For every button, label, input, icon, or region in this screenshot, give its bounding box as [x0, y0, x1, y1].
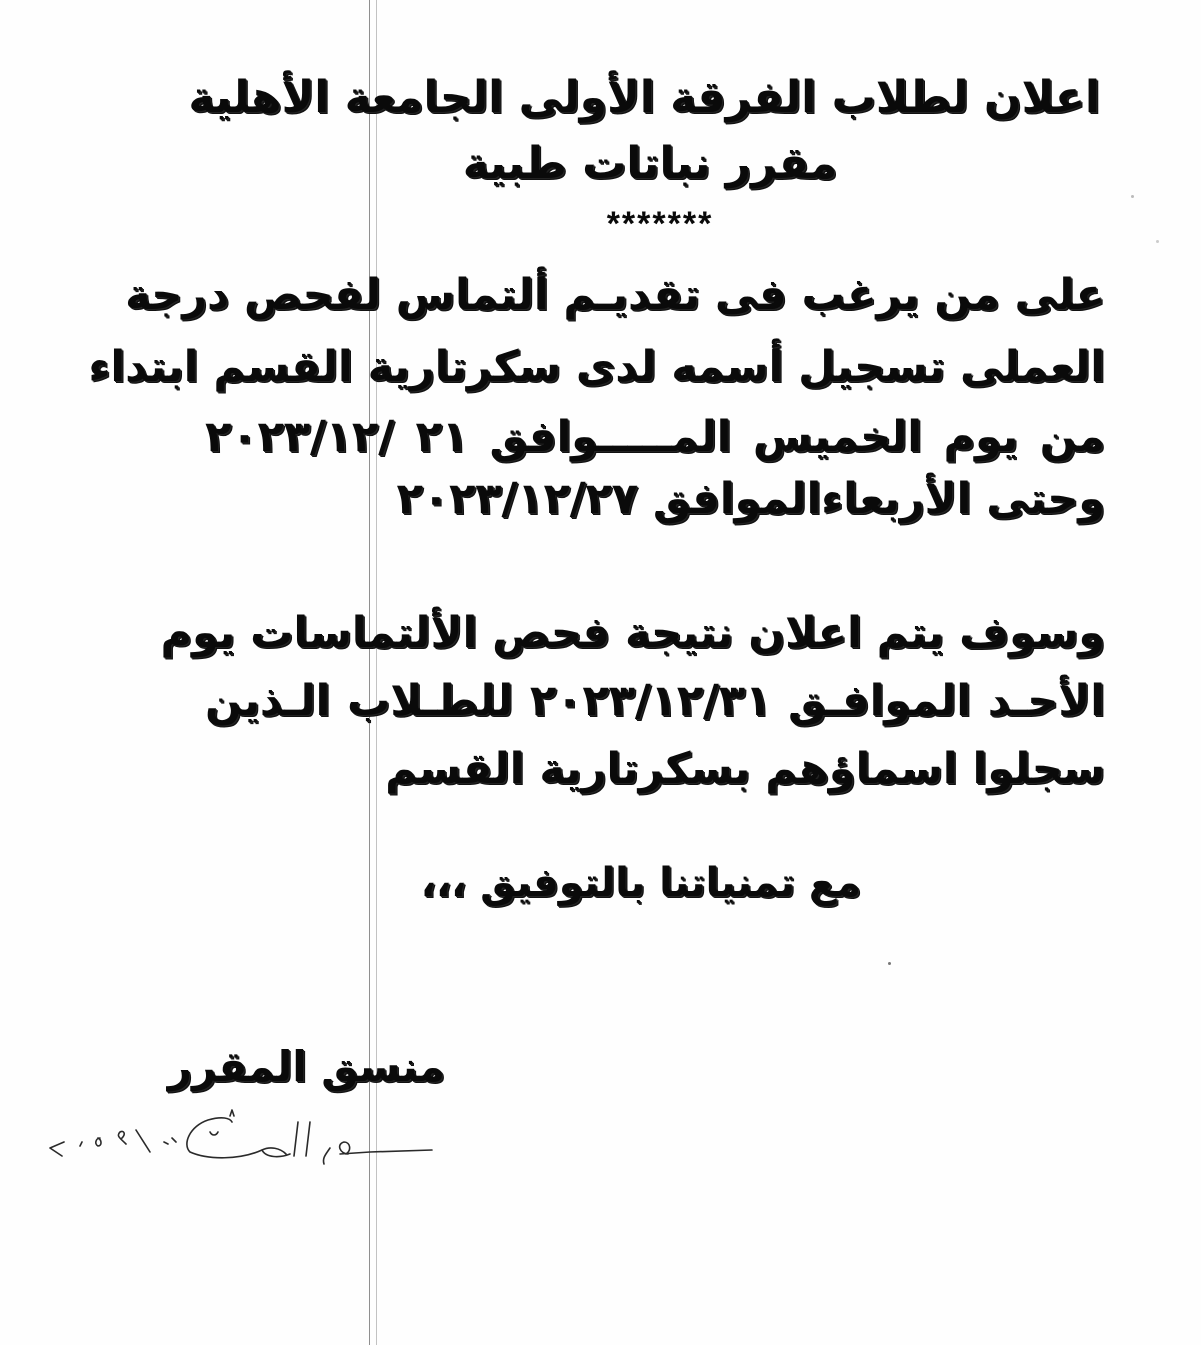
scan-speck: [888, 962, 891, 965]
paragraph-2-line-1: وسوف يتم اعلان نتيجة فحص الألتماسات يوم: [205, 608, 1105, 658]
separator-asterisks: *******: [560, 205, 760, 244]
paragraph-2-line-2: الأحـد الموافـق ٢٠٢٣/١٢/٣١ للطـلاب الـذي…: [205, 676, 1105, 726]
scan-speck: [1131, 195, 1134, 198]
course-coordinator-title: منسق المقرر: [168, 1042, 445, 1091]
paragraph-2-line-3: سجلوا اسماؤهم بسكرتارية القسم: [465, 744, 1105, 794]
announcement-title: اعلان لطلاب الفرقة الأولى الجامعة الأهلي…: [200, 72, 1100, 123]
paragraph-1-line-3: من يوم الخميس المـــــوافق ٢١ /٢٠٢٣/١٢: [205, 412, 1105, 462]
paragraph-1-line-4: وحتى الأربعاءالموافق ٢٠٢٣/١٢/٢٧: [405, 474, 1105, 524]
course-title: مقرر نباتات طبية: [200, 138, 1100, 189]
paragraph-1-line-1: على من يرغب فى تقديـم ألتماس لفحص درجة: [205, 270, 1105, 320]
scanned-document-page: اعلان لطلاب الفرقة الأولى الجامعة الأهلي…: [0, 0, 1201, 1345]
closing-wishes: مع تمنياتنا بالتوفيق ،،،: [421, 860, 861, 906]
paragraph-1-line-2: العملى تسجيل أسمه لدى سكرتارية القسم ابت…: [205, 342, 1105, 392]
scan-speck: [1156, 240, 1159, 243]
handwritten-signature-icon: [40, 1108, 440, 1178]
